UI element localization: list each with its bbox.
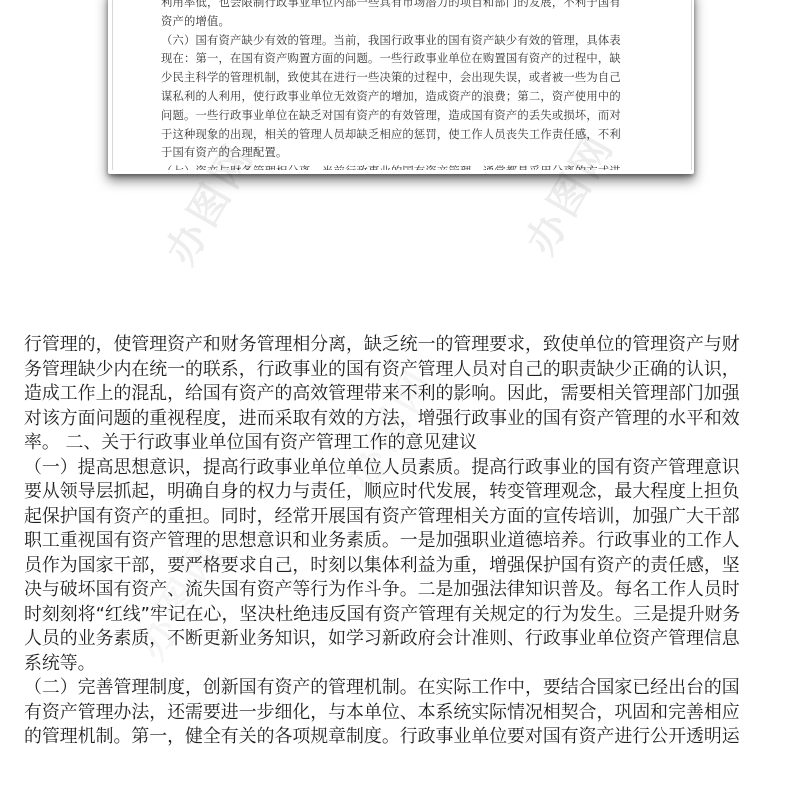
document-line: （一）提高思想意识，提高行政事业单位单位人员素质。提高行政事业的国有资产管理意识 [24,456,784,481]
document-line: 的管理机制。第一，健全有关的各项规章制度。行政事业单位要对国有资产进行公开透明运 [24,725,784,750]
document-line: 系统等。 [24,652,784,677]
document-body: 行管理的，使管理资产和财务管理相分离，缺乏统一的管理要求，致使单位的管理资产与财… [24,333,784,750]
preview-card: 利用率低，也会限制行政事业单位内部一些具有市场潜力的项目和部门的发展，不利于国有… [112,0,692,170]
preview-line: 谋私利的人利用，使行政事业单位无效资产的增加，造成资产的浪费；第二，资产使用中的 [161,88,637,107]
document-line: （二）完善管理制度，创新国有资产的管理机制。在实际工作中，要结合国家已经出台的国 [24,676,784,701]
preview-line: 于这种现象的出现，相关的管理人员却缺乏相应的惩罚，使工作人员丧失工作责任感，不利 [161,126,637,145]
document-line: 有资产管理办法，还需要进一步细化，与本单位、本系统实际情况相契合，巩固和完善相应 [24,701,784,726]
document-line: 员作为国家干部，要严格要求自己，时刻以集体利益为重，增强保护国有资产的责任感，坚 [24,554,784,579]
preview-card-text: 利用率低，也会限制行政事业单位内部一些具有市场潜力的项目和部门的发展，不利于国有… [161,0,637,170]
document-line: 决与破坏国有资产、流失国有资产等行为作斗争。二是加强法律知识普及。每名工作人员时 [24,578,784,603]
document-line: 人员的业务素质，不断更新业务知识，如学习新政府会计准则、行政事业单位资产管理信息 [24,627,784,652]
document-line: 起保护国有资产的重担。同时，经常开展国有资产管理相关方面的宣传培训，加强广大干部 [24,505,784,530]
preview-line: （七）资产与财务管理相分离。当前行政事业的国有资产管理，通常都是采用分离的方式进 [161,163,637,170]
preview-line: 利用率低，也会限制行政事业单位内部一些具有市场潜力的项目和部门的发展，不利于国有 [161,0,637,13]
document-line: 对该方面问题的重视程度，进而采取有效的方法，增强行政事业的国有资产管理的水平和效 [24,407,784,432]
preview-line: 资产的增值。 [161,13,637,32]
document-line: 要从领导层抓起，明确自身的权力与责任，顺应时代发展，转变管理观念，最大程度上担负 [24,480,784,505]
preview-line: 现在：第一，在国有资产购置方面的问题。一些行政事业单位在购置国有资产的过程中，缺 [161,50,637,69]
preview-line: （六）国有资产缺少有效的管理。当前，我国行政事业的国有资产缺少有效的管理，具体表 [161,32,637,51]
document-line: 职工重视国有资产管理的思想意识和业务素质。一是加强职业道德培养。行政事业的工作人 [24,529,784,554]
document-line: 行管理的，使管理资产和财务管理相分离，缺乏统一的管理要求，致使单位的管理资产与财 [24,333,784,358]
document-line: 时刻刻将“红线”牢记在心，坚决杜绝违反国有资产管理有关规定的行为发生。三是提升财… [24,603,784,628]
preview-line: 于国有资产的合理配置。 [161,144,637,163]
preview-line: 少民主科学的管理机制，致使其在进行一些决策的过程中，会出现失误，或者被一些为自己 [161,69,637,88]
section-heading-line: 率。 二、关于行政事业单位国有资产管理工作的意见建议 [24,431,784,456]
preview-line: 问题。一些行政事业单位在缺乏对国有资产的有效管理，造成国有资产的丢失或损坏，而对 [161,107,637,126]
document-line: 造成工作上的混乱，给国有资产的高效管理带来不利的影响。因此，需要相关管理部门加强 [24,382,784,407]
document-line: 务管理缺少内在统一的联系，行政事业的国有资产管理人员对自己的职责缺少正确的认识， [24,358,784,383]
